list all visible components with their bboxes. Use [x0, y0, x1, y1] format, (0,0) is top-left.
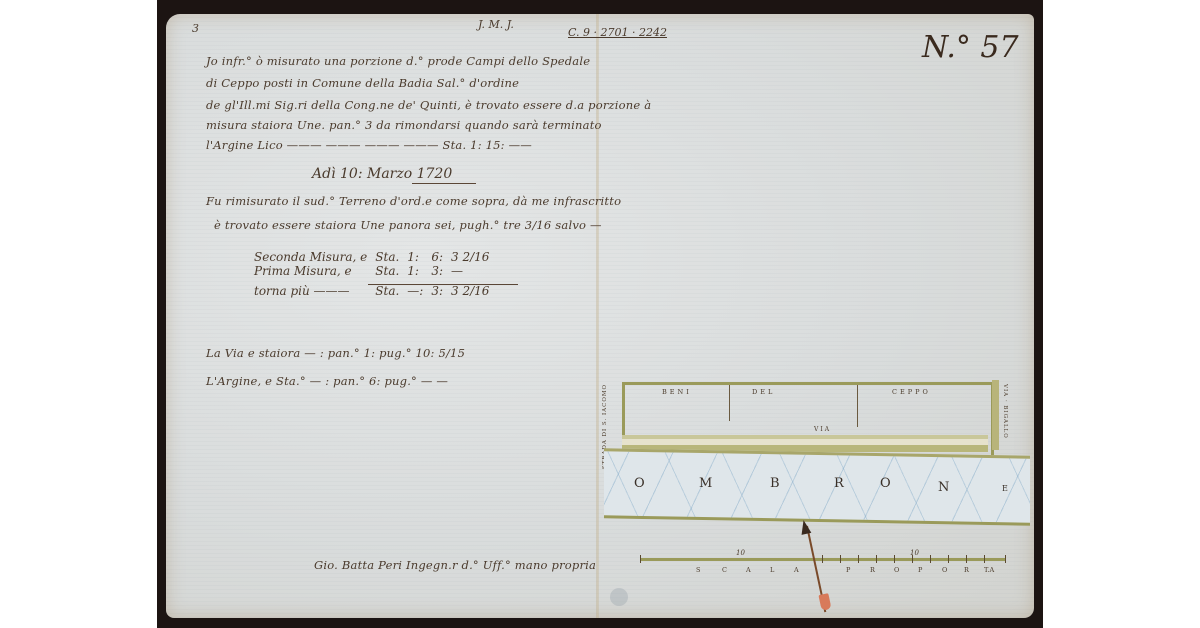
field-label: BENI — [662, 388, 692, 396]
road-band — [622, 428, 988, 452]
row-label: Seconda Misura, e — [254, 250, 375, 264]
field-label: DEL — [752, 388, 775, 396]
row-value-a: —: — [407, 278, 431, 298]
scale-tick — [840, 555, 841, 563]
catalog-number: N.° 57 — [922, 30, 1019, 65]
scale-tick — [894, 555, 895, 563]
parcel-divider — [857, 385, 858, 427]
signature: Gio. Batta Peri Ingegn.r d.° Uff.° mano … — [314, 558, 596, 572]
intro-line: di Ceppo posti in Comune della Badia Sal… — [206, 76, 519, 90]
header-invocation: J. M. J. — [478, 18, 514, 31]
scale-letter: P — [846, 566, 850, 574]
road-label: VIA — [814, 426, 831, 433]
scale-letter: O — [942, 566, 947, 574]
archive-reference: C. 9 · 2701 · 2242 — [568, 26, 667, 39]
sum-rule — [368, 284, 518, 285]
river-letter: M — [699, 476, 712, 491]
row-value-a: 1: — [407, 264, 431, 278]
north-arrow-fletching — [818, 593, 831, 611]
scale-number: 10 — [736, 549, 745, 557]
remeasure-line: è trovato essere staiora Une panora sei,… — [214, 218, 602, 232]
scale-letter: O — [894, 566, 899, 574]
scale-letter: T.A — [984, 566, 994, 574]
row-unit: Sta. — [375, 278, 407, 298]
row-unit: Sta. — [375, 250, 407, 264]
river-letter: O — [880, 476, 891, 491]
row-value-b: 3: — [431, 278, 451, 298]
scale-letter: R — [964, 566, 969, 574]
scale-letter: R — [870, 566, 875, 574]
scale-letter: A — [746, 566, 751, 574]
scale-tick — [948, 555, 949, 563]
field-label: CEPPO — [892, 388, 931, 396]
scale-letter: S — [696, 566, 700, 574]
scale-letter: A — [794, 566, 799, 574]
right-road-label: VIA · BIGALLO — [1002, 384, 1008, 439]
table-row: torna più ——— Sta. —: 3: 3 2/16 — [254, 278, 497, 298]
summary-line: La Via e staiora — : pan.° 1: pug.° 10: … — [206, 346, 465, 360]
intro-line: de gl'Ill.mi Sig.ri della Cong.ne de' Qu… — [206, 98, 651, 112]
row-value-c: — — [451, 264, 497, 278]
intro-line: Jo infr.° ò misurato una porzione d.° pr… — [206, 54, 590, 68]
summary-line: L'Argine, e Sta.° — : pan.° 6: pug.° — — — [206, 374, 448, 388]
row-value-b: 3: — [431, 264, 451, 278]
scale-letter: L — [770, 566, 774, 574]
row-value-b: 6: — [431, 250, 451, 264]
scale-tick — [966, 555, 967, 563]
folio-mark: 3 — [192, 22, 199, 35]
scale-letter: C — [722, 566, 727, 574]
date-underline — [412, 183, 476, 184]
row-value-a: 1: — [407, 250, 431, 264]
scale-tick — [1005, 555, 1006, 563]
scale-bar — [640, 558, 1006, 561]
river-letter: R — [834, 476, 844, 491]
table-row: Seconda Misura, e Sta. 1: 6: 3 2/16 — [254, 250, 497, 264]
paper-stain — [610, 588, 628, 606]
river-ombrone — [604, 448, 1030, 525]
scale-number: 10 — [910, 549, 919, 557]
river-letter: E — [1002, 484, 1008, 493]
date-line: Adì 10: Marzo 1720 — [312, 166, 452, 182]
row-unit: Sta. — [375, 264, 407, 278]
scale-letter: P — [918, 566, 922, 574]
remeasure-line: Fu rimisurato il sud.° Terreno d'ord.e c… — [206, 194, 621, 208]
scale-tick — [822, 555, 823, 563]
river-letter: N — [938, 480, 949, 495]
scale-tick — [640, 555, 641, 563]
intro-line: l'Argine Lico ——— ——— ——— ——— Sta. 1: 15… — [206, 138, 532, 152]
row-label: torna più ——— — [254, 278, 375, 298]
river-letter: O — [634, 476, 645, 491]
scale-tick — [876, 555, 877, 563]
measurement-table: Seconda Misura, e Sta. 1: 6: 3 2/16 Prim… — [254, 250, 497, 298]
river-map: BENI DEL CEPPO VIA STRADA DI S. IACOMO V… — [604, 376, 1030, 614]
scale-tick — [984, 555, 985, 563]
row-value-c: 3 2/16 — [451, 278, 497, 298]
scale-tick — [858, 555, 859, 563]
row-label: Prima Misura, e — [254, 264, 375, 278]
table-row: Prima Misura, e Sta. 1: 3: — — [254, 264, 497, 278]
parcel-divider — [729, 385, 730, 421]
scale-tick — [930, 555, 931, 563]
right-road-strip — [992, 380, 999, 450]
row-value-c: 3 2/16 — [451, 250, 497, 264]
river-letter: B — [770, 476, 780, 491]
intro-line: misura staiora Une. pan.° 3 da rimondars… — [206, 118, 602, 132]
